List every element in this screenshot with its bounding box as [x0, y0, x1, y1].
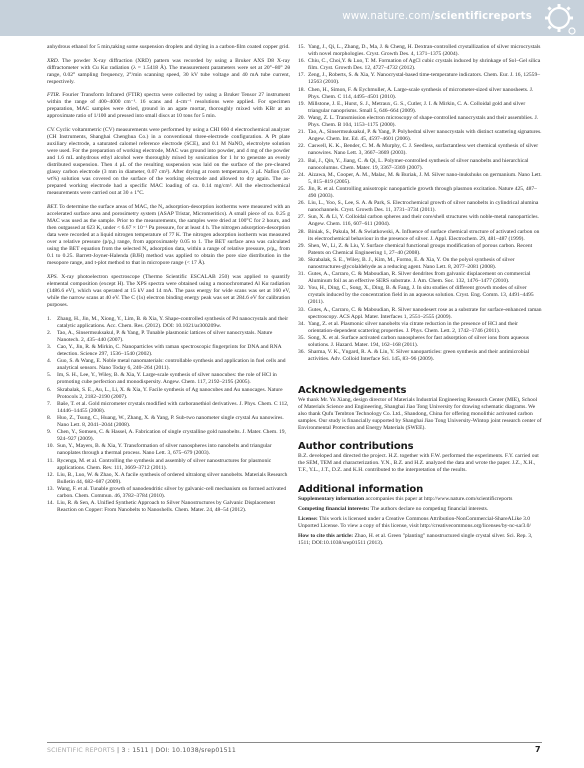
cv-lead: CV. [47, 127, 55, 133]
xrd-paragraph: XRD. The powder X-ray diffraction (XRD) … [47, 58, 290, 86]
reference-item: 32.You, H., Ding, C., Song, X., Ding, B.… [298, 285, 542, 306]
reference-item: 33.Gutes, A., Carraro, C. & Maboudian, R… [298, 307, 542, 321]
footer-divider [47, 742, 542, 743]
reference-item: 31.Gutes, A., Carraro, C. & Maboudian, R… [298, 271, 542, 285]
reference-item: 17.Zeng, J., Roberts, S. & Xia, Y. Nanoc… [298, 72, 542, 86]
page-header: www.nature.com/scientificreports [0, 0, 584, 36]
cv-paragraph: CV. Cyclic voltammetric (CV) measurement… [47, 127, 290, 197]
reference-item: 13.Wang, F. et al. Tunable growth of nan… [47, 486, 290, 500]
author-contributions-text: B.Z. developed and directed the project.… [298, 453, 542, 474]
reference-item: 27.Sun, X. & Li, Y. Colloidal carbon sph… [298, 214, 542, 228]
reference-item: 18.Chen, H., Simon, F. & Eychmuller, A. … [298, 87, 542, 101]
xps-text: X-ray photoelectron spectroscope (Thermo… [47, 274, 290, 308]
reference-list-right: 15.Yang, J., Qi, L., Zhang, D., Ma, J. &… [298, 44, 542, 363]
reference-item: 10.Sun, Y., Mayers, B. & Xia, Y. Transfo… [47, 443, 290, 457]
reference-item: 5.Im, S. H., Lee, Y., Wiley, B. & Xia, Y… [47, 372, 290, 386]
ftir-paragraph: FTIR. Fourier Transform Infrared (FTIR) … [47, 92, 290, 120]
footer-doi: | 3 : 1511 | DOI: 10.1038/srep01511 [115, 747, 236, 754]
reference-item: 12.Liu, B., Luo, W. & Zhao, X. A facile … [47, 472, 290, 486]
url-suffix: scientificreports [434, 11, 532, 22]
reference-item: 14.Liu, R. & Sen, A. Unified Synthetic A… [47, 500, 290, 514]
additional-information-heading: Additional information [298, 484, 542, 496]
competing-interests: Competing financial interests: The autho… [298, 506, 542, 513]
reference-item: 36.Sharma, V. K., Yngard, R. A. & Lin, Y… [298, 349, 542, 363]
reference-item: 34.Yang, Z. et al. Plasmonic silver nano… [298, 321, 542, 335]
left-column: anhydrous ethanol for 5 min,taking some … [47, 44, 290, 514]
reference-item: 30.Skrabalak, S. E., Wiley, B. J., Kim, … [298, 257, 542, 271]
intro-paragraph: anhydrous ethanol for 5 min,taking some … [47, 44, 290, 51]
xps-lead: XPS. [47, 274, 58, 280]
ftir-lead: FTIR. [47, 92, 60, 98]
license-info: License: This work is licensed under a C… [298, 516, 542, 530]
journal-url[interactable]: www.nature.com/scientificreports [342, 11, 532, 22]
reference-item: 19.Millstone, J. E., Hurst, S. J., Metra… [298, 101, 542, 115]
reference-item: 15.Yang, J., Qi, L., Zhang, D., Ma, J. &… [298, 44, 542, 58]
reference-item: 21.Tao, A., Sinsermsuksakul, P. & Yang, … [298, 129, 542, 143]
page-number: 7 [535, 745, 541, 754]
reference-item: 11.Rycenga, M. et al. Controlling the sy… [47, 458, 290, 472]
reference-item: 1.Zhang, H., Jin, M., Xiong, Y., Lim, B.… [47, 316, 290, 330]
reference-item: 24.Aizawa, M., Cooper, A. M., Malac, M. … [298, 172, 542, 186]
gear-icon [542, 2, 578, 36]
footer-journal-info: SCIENTIFIC REPORTS | 3 : 1511 | DOI: 10.… [47, 747, 236, 754]
supplementary-info: Supplementary information accompanies th… [298, 496, 542, 503]
acknowledgements-section: Acknowledgements We thank Mr. Yu Xiang, … [298, 385, 542, 432]
xps-paragraph: XPS. X-ray photoelectron spectroscope (T… [47, 274, 290, 309]
acknowledgements-text: We thank Mr. Yu Xiang, design director o… [298, 397, 542, 432]
bet-text: To determine the surface areas of MAC, t… [47, 204, 290, 266]
citation-info: How to cite this article: Zhao, H. et al… [298, 533, 542, 547]
reference-item: 35.Song, X. et al. Surface activated car… [298, 335, 542, 349]
reference-item: 29.Shen, W., Li, Z. & Liu, Y. Surface ch… [298, 243, 542, 257]
author-contributions-heading: Author contributions [298, 441, 542, 453]
url-prefix: www.nature.com/ [342, 11, 434, 22]
bet-lead: BET. [47, 204, 58, 210]
reference-item: 16.Chiu, C., Choi,Y. & Luo, T. M. Format… [298, 58, 542, 72]
journal-name: SCIENTIFIC REPORTS [47, 747, 115, 754]
additional-information-section: Additional information Supplementary inf… [298, 484, 542, 547]
acknowledgements-heading: Acknowledgements [298, 385, 542, 397]
bet-paragraph: BET. To determine the surface areas of M… [47, 204, 290, 267]
reference-item: 25.Jin, R. et al. Controlling anisotropi… [298, 186, 542, 200]
xrd-text: The powder X-ray diffraction (XRD) patte… [47, 58, 290, 85]
reference-item: 22.Caswell, K. K., Bender, C. M. & Murph… [298, 143, 542, 157]
reference-item: 7.Baše, T. et al. Gold micrometer crysta… [47, 401, 290, 415]
right-column: 15.Yang, J., Qi, L., Zhang, D., Ma, J. &… [298, 44, 542, 554]
reference-item: 2.Tao, A., Sinsermsuksakul, P. & Yang, P… [47, 330, 290, 344]
reference-item: 26.Liu, L., Yoo, S., Lee, S. A. & Park, … [298, 200, 542, 214]
xrd-lead: XRD. [47, 58, 59, 64]
reference-item: 20.Wang, Z. L. Transmission electron mic… [298, 115, 542, 129]
reference-item: 6.Skrabalak, S. E., Au, L., Li, X. & Xia… [47, 387, 290, 401]
reference-item: 9.Chen, Y., Somsen, C. & Hassel, A. Fabr… [47, 429, 290, 443]
reference-item: 23.Bai, J., Qin, Y., Jiang, C. & Qi, L. … [298, 158, 542, 172]
cv-text: Cyclic voltammetric (CV) measurements we… [47, 127, 290, 196]
author-contributions-section: Author contributions B.Z. developed and … [298, 441, 542, 474]
reference-item: 3.Cao, Y., Jin, R. & Mirkin, C. Nanopart… [47, 344, 290, 358]
reference-item: 4.Guo, S. & Wang, E. Noble metal nanomat… [47, 358, 290, 372]
ftir-text: Fourier Transform Infrared (FTIR) spectr… [47, 92, 290, 119]
reference-item: 8.Huo, Z., Tsung, C., Huang, W., Zhang, … [47, 415, 290, 429]
reference-item: 28.Biniak, S., Pakula, M. & Swiatkowski,… [298, 229, 542, 243]
reference-list-left: 1.Zhang, H., Jin, M., Xiong, Y., Lim, B.… [47, 316, 290, 515]
